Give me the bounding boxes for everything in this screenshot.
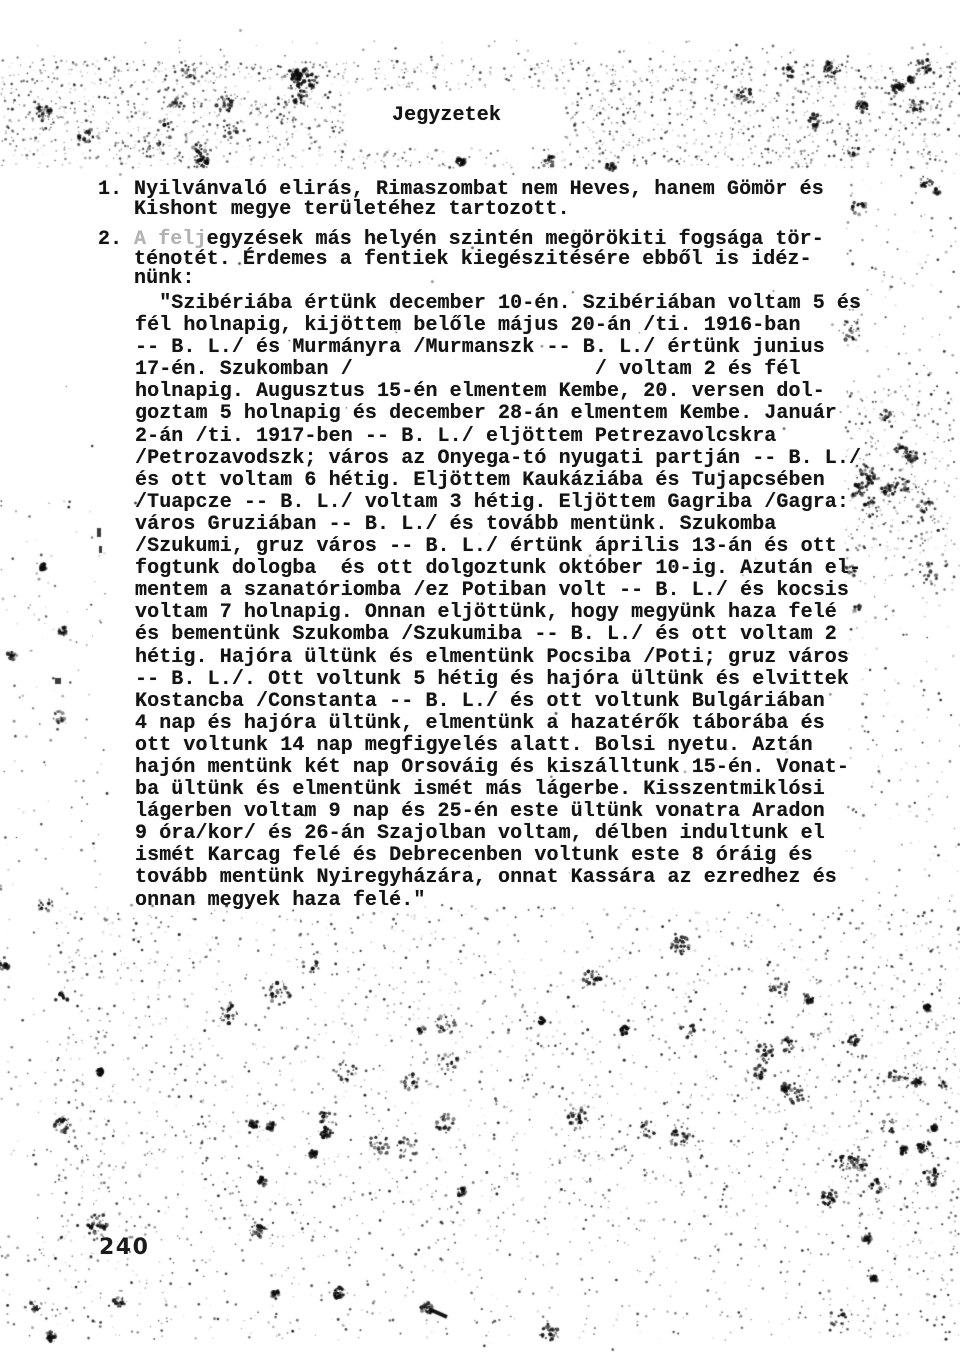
- note-2-line-2: ténotét. Érdemes a fentiek kiegészitésér…: [134, 250, 812, 270]
- note-2-line-3: nünk:: [134, 269, 195, 289]
- note-2-number: 2.: [98, 230, 122, 250]
- note-2-line-1: A feljegyzések más helyén szintén megörö…: [134, 230, 824, 250]
- note-1-number: 1.: [98, 180, 122, 200]
- scan-page: Jegyzetek 1. Nyilvánvaló elirás, Rimaszo…: [0, 0, 960, 1363]
- note-1-line-2: Kishont megye területéhez tartozott.: [134, 200, 570, 220]
- page-title: Jegyzetek: [392, 106, 501, 126]
- note-1-line-1: Nyilvánvaló elirás, Rimaszombat nem Heve…: [134, 180, 824, 200]
- quote-block: "Szibériába értünk december 10-én. Szibé…: [135, 293, 861, 912]
- page-number: 240: [99, 1237, 149, 1259]
